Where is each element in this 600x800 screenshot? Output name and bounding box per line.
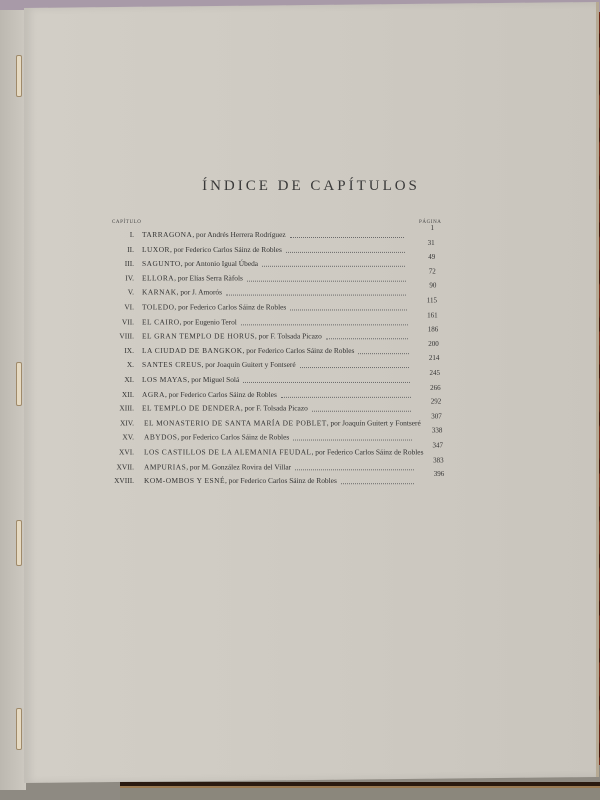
toc-row: XIII.EL TEMPLO DE DENDERA, por F. Tolsad… [112,401,442,416]
leader-dots [300,366,409,368]
chapter-entry: EL CAIRO, por Eugenio Terol [142,317,237,326]
leader-dots [281,395,411,397]
chapter-number: XIV. [104,418,134,427]
leader-dots [286,250,405,252]
page-number: 200 [415,340,439,348]
chapter-entry: LUXOR, por Federico Carlos Sáinz de Robl… [142,244,282,253]
toc-row: IX.LA CIUDAD DE BANGKOK, por Federico Ca… [112,343,442,358]
page-number: 186 [414,325,438,333]
leader-dots [243,381,410,383]
chapter-title: TOLEDO [142,302,174,311]
chapter-entry: EL TEMPLO DE DENDERA, por F. Tolsada Pic… [142,404,308,413]
chapter-entry: TARRAGONA, por Andrés Herrera Rodríguez [142,230,286,239]
chapter-entry: SANTES CREUS, por Joaquín Guitert y Font… [142,360,296,369]
chapter-title: LOS MAYAS [142,375,188,384]
chapter-author: , por Joaquín Guitert y Fontseré [327,418,421,427]
toc-row: X.SANTES CREUS, por Joaquín Guitert y Fo… [112,357,442,372]
chapter-author: , por Federico Carlos Sáinz de Robles [165,389,277,398]
chapter-entry: EL GRAN TEMPLO DE HORUS, por F. Tolsada … [142,331,322,340]
chapter-entry: AGRA, por Federico Carlos Sáinz de Roble… [142,389,277,398]
toc-row: VII.EL CAIRO, por Eugenio Terol161 [112,314,442,329]
chapter-author: , por J. Amorós [177,288,222,297]
chapter-number: XVIII. [104,476,134,485]
chapter-author: , por Federico Carlos Sáinz de Robles [225,476,337,485]
chapter-entry: LA CIUDAD DE BANGKOK, por Federico Carlo… [142,346,354,355]
chapter-author: , por Federico Carlos Sáinz de Robles [243,346,355,355]
toc-row: II.LUXOR, por Federico Carlos Sáinz de R… [112,241,442,256]
chapter-author: , por Joaquín Guitert y Fontseré [202,360,296,369]
page-title: ÍNDICE DE CAPÍTULOS [186,178,436,195]
page-number: 49 [411,253,435,261]
toc-row: XIV.EL MONASTERIO DE SANTA MARÍA DE POBL… [112,415,442,430]
leader-dots [262,265,405,267]
toc-row: XVII.AMPURIAS, por M. González Rovira de… [112,459,442,474]
page-number: 161 [414,311,438,319]
page-number: 245 [416,369,440,377]
chapter-title: EL GRAN TEMPLO DE HORUS [142,331,255,340]
leader-dots [293,439,412,441]
chapter-number: XVI. [104,447,134,456]
toc-row: I.TARRAGONA, por Andrés Herrera Rodrígue… [112,227,442,242]
chapter-number: II. [104,244,134,253]
chapter-author: , por Antonio Igual Úbeda [181,259,258,268]
binding-stitch-icon [16,520,22,566]
leader-dots [290,308,407,310]
chapter-title: LUXOR [142,244,170,253]
chapter-number: IX. [104,346,134,355]
toc-row: V.KARNAK, por J. Amorós90 [112,285,442,300]
chapter-author: , por Miguel Solá [188,375,240,384]
leader-dots [341,482,414,484]
chapter-author: , por M. González Rovira del Villar [186,462,291,471]
page-number: 266 [417,383,441,391]
page-number: 338 [418,427,442,435]
leader-dots [358,352,409,354]
chapter-title: EL TEMPLO DE DENDERA [142,404,241,413]
chapter-author: , por Federico Carlos Sáinz de Robles [174,302,286,311]
chapter-number: XVII. [104,462,134,471]
chapter-author: , por Federico Carlos Sáinz de Robles [170,244,282,253]
chapter-entry: EL MONASTERIO DE SANTA MARÍA DE POBLET, … [144,418,421,427]
chapter-author: , por Andrés Herrera Rodríguez [192,230,285,239]
chapter-entry: SAGUNTO, por Antonio Igual Úbeda [142,259,258,268]
leader-dots [247,279,406,281]
chapter-number: XII. [104,389,134,398]
chapter-title: SAGUNTO [142,259,181,268]
leader-dots [312,410,411,412]
left-page [0,10,26,790]
chapter-title: LA CIUDAD DE BANGKOK [142,346,243,355]
page-number: 1 [410,224,434,232]
binding-stitch-icon [16,362,22,406]
toc-row: VI.TOLEDO, por Federico Carlos Sáinz de … [112,299,442,314]
page-number: 214 [415,354,439,362]
chapter-title: ELLORA [142,273,174,282]
chapter-number: IV. [104,273,134,282]
page-number: 292 [417,398,441,406]
chapter-author: , por Elías Serra Ràfols [174,273,243,282]
chapter-title: EL CAIRO [142,317,180,326]
column-header-chapter: CAPÍTULO [112,220,142,225]
chapter-title: KOM-OMBOS Y ESNÉ [144,476,225,485]
toc-row: XV.ABYDOS, por Federico Carlos Sáinz de … [112,430,442,445]
chapter-entry: AMPURIAS, por M. González Rovira del Vil… [144,462,291,471]
chapter-title: AGRA [142,389,165,398]
book-cover-edge [120,782,600,800]
chapter-entry: ELLORA, por Elías Serra Ràfols [142,273,243,282]
chapter-author: , por F. Tolsada Picazo [255,331,322,340]
chapter-number: XIII. [104,404,134,413]
chapter-number: XI. [104,375,134,384]
chapter-title: AMPURIAS [144,462,186,471]
page-number: 307 [418,412,442,420]
leader-dots [326,337,408,339]
chapter-author: , por Federico Carlos Sáinz de Robles [312,447,424,456]
toc-row: XVI.LOS CASTILLOS DE LA ALEMANIA FEUDAL,… [112,444,442,459]
chapter-entry: LOS MAYAS, por Miguel Solá [142,375,239,384]
toc-row: XVIII.KOM-OMBOS Y ESNÉ, por Federico Car… [112,473,442,488]
chapter-author: , por Federico Carlos Sáinz de Robles [177,433,289,442]
chapter-author: , por F. Tolsada Picazo [241,404,308,413]
page-number: 90 [412,282,436,290]
chapter-title: EL MONASTERIO DE SANTA MARÍA DE POBLET [144,418,327,427]
chapter-number: I. [104,230,134,239]
chapter-entry: ABYDOS, por Federico Carlos Sáinz de Rob… [144,433,289,442]
chapter-title: ABYDOS [144,433,177,442]
toc-row: XII.AGRA, por Federico Carlos Sáinz de R… [112,386,442,401]
chapter-entry: KOM-OMBOS Y ESNÉ, por Federico Carlos Sá… [144,476,337,485]
leader-dots [290,236,404,238]
chapter-title: LOS CASTILLOS DE LA ALEMANIA FEUDAL [144,447,312,456]
chapter-entry: TOLEDO, por Federico Carlos Sáinz de Rob… [142,302,286,311]
chapter-entry: LOS CASTILLOS DE LA ALEMANIA FEUDAL, por… [144,447,423,456]
page-number: 383 [420,456,444,464]
leader-dots [226,294,406,296]
table-of-contents: I.TARRAGONA, por Andrés Herrera Rodrígue… [112,227,442,490]
binding-stitch-icon [16,55,22,97]
chapter-number: III. [104,259,134,268]
page-number: 347 [419,441,443,449]
page-number: 72 [412,267,436,275]
chapter-number: VIII. [104,331,134,340]
page-number: 396 [420,470,444,478]
chapter-title: KARNAK [142,288,177,297]
toc-row: IV.ELLORA, por Elías Serra Ràfols72 [112,270,442,285]
chapter-number: X. [104,360,134,369]
page-number: 115 [413,296,437,304]
toc-row: III.SAGUNTO, por Antonio Igual Úbeda49 [112,256,442,271]
chapter-number: VI. [104,302,134,311]
chapter-title: TARRAGONA [142,230,192,239]
chapter-number: V. [104,288,134,297]
chapter-entry: KARNAK, por J. Amorós [142,288,222,297]
chapter-author: , por Eugenio Terol [180,317,237,326]
binding-stitch-icon [16,708,22,750]
chapter-number: VII. [104,317,134,326]
chapter-number: XV. [104,433,134,442]
page-number: 31 [411,238,435,246]
chapter-title: SANTES CREUS [142,360,202,369]
leader-dots [241,323,408,325]
toc-row: VIII.EL GRAN TEMPLO DE HORUS, por F. Tol… [112,328,442,343]
toc-row: XI.LOS MAYAS, por Miguel Solá245 [112,372,442,387]
leader-dots [295,468,414,470]
